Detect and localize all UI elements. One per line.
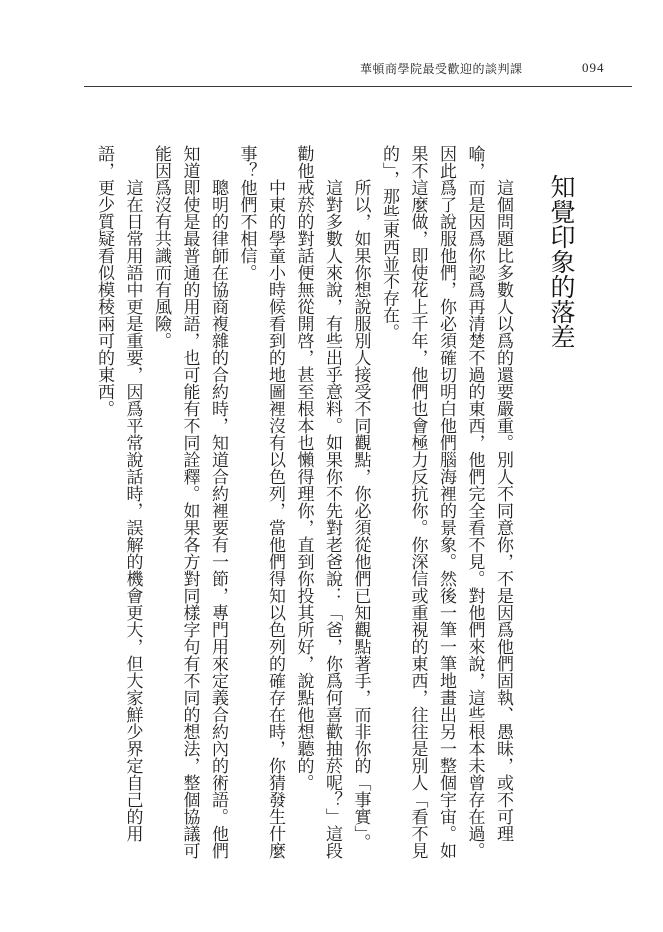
header-rule-divider <box>84 86 632 87</box>
body-paragraph: 這個問題比多數人以爲的還要嚴重。別人不同意你，不是因爲他們固執、愚昧，或不可理喻… <box>375 145 518 859</box>
body-paragraph: 所以，如果你想說服別人接受不同觀點，你必須從他們已知觀點著手，而非你的「事實」。 <box>346 145 375 859</box>
page-number: 094 <box>582 60 605 76</box>
section-title: 知覺印象的落差 <box>542 145 578 859</box>
running-header-book-title: 華頓商學院最受歡迎的談判課 <box>360 60 523 77</box>
body-paragraph: 中東的學童小時候看到的地圖裡沒有以色列，當他們得知以色列的確存在時，你猜發生什麼… <box>232 145 289 859</box>
book-page: 華頓商學院最受歡迎的談判課 094 知覺印象的落差 這個問題比多數人以爲的還要嚴… <box>0 0 663 932</box>
body-paragraph: 聰明的律師在協商複雜的合約時，知道合約裡要有一節，專門用來定義合約內的術語。他們… <box>147 145 233 859</box>
body-paragraph: 這在日常用語中更是重要，因爲平常說話時，誤解的機會更大，但大家鮮少界定自己的用語… <box>90 145 147 859</box>
vertical-text-block: 知覺印象的落差 這個問題比多數人以爲的還要嚴重。別人不同意你，不是因爲他們固執、… <box>90 145 579 859</box>
body-paragraph: 這對多數人來說，有些出乎意料。如果你不先對老爸說：「爸，你爲何喜歡抽菸呢？」這段… <box>289 145 346 859</box>
